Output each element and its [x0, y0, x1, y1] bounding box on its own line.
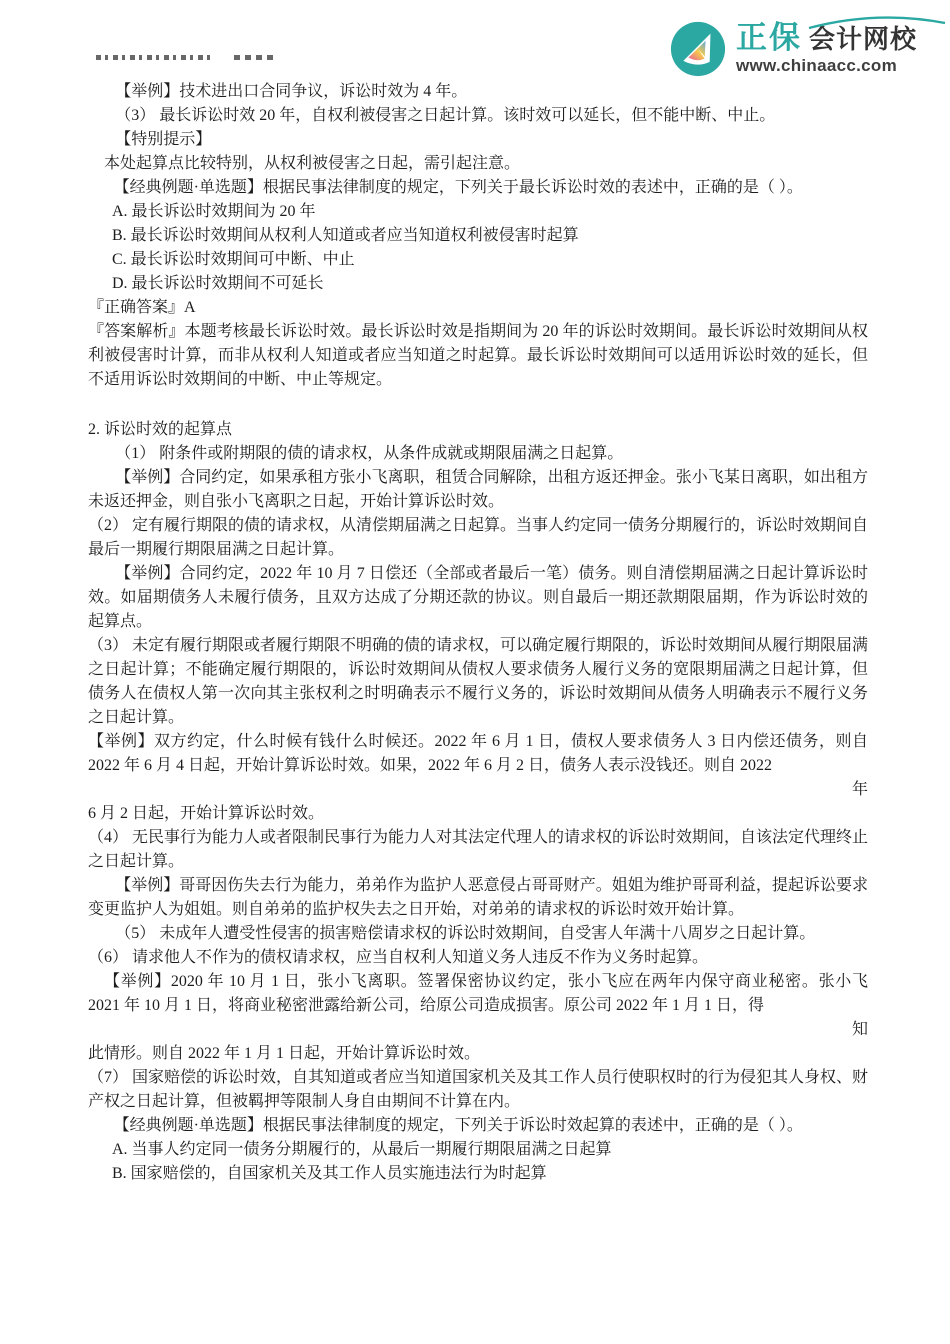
- clipped-text-fragment: [96, 55, 276, 61]
- swoosh-arc-icon: [807, 16, 947, 30]
- para-item3-example: 【举例】双方约定，什么时候有钱什么时候还。2022 年 6 月 1 日，债权人要…: [88, 730, 868, 778]
- brand-website: www.chinaacc.com: [736, 56, 917, 76]
- clipped-glyph-bottoms: [96, 55, 214, 60]
- clipped-glyph-bottoms: [234, 55, 276, 60]
- para-item2-example: 【举例】合同约定，2022 年 10 月 7 日偿还（全部或者最后一笔）债务。则…: [88, 562, 868, 634]
- document-page: 正保 会计网校 www.chinaacc.com 【举例】技术进出口合同争议，诉…: [0, 0, 950, 1344]
- chinaacc-logo: 正保 会计网校 www.chinaacc.com: [670, 21, 917, 77]
- para-item4-legal-representative: （4） 无民事行为能力人或者限制民事行为能力人对其法定代理人的请求权的诉讼时效期…: [88, 826, 868, 874]
- question2-option-a: A. 当事人约定同一债务分期履行的，从最后一期履行期限届满之日起算: [112, 1138, 868, 1162]
- para-item6-example-overflow-char: 知: [88, 1018, 868, 1042]
- para-item4-example: 【举例】哥哥因伤失去行为能力，弟弟作为监护人恶意侵占哥哥财产。姐姐为维护哥哥利益…: [88, 874, 868, 922]
- para-special-note-body: 本处起算点比较特别，从权利被侵害之日起，需引起注意。: [88, 152, 868, 176]
- question1-option-a: A. 最长诉讼时效期间为 20 年: [112, 200, 868, 224]
- question1-option-d: D. 最长诉讼时效期间不可延长: [112, 272, 868, 296]
- question1-option-c: C. 最长诉讼时效期间可中断、中止: [112, 248, 868, 272]
- question2-option-b: B. 国家赔偿的，自国家机关及其工作人员实施违法行为时起算: [112, 1162, 868, 1186]
- question2-stem: 【经典例题·单选题】根据民事法律制度的规定，下列关于诉讼时效起算的表述中，正确的…: [88, 1114, 868, 1138]
- para-item3-example-cont: 6 月 2 日起，开始计算诉讼时效。: [88, 802, 868, 826]
- para-example-tech-contract: 【举例】技术进出口合同争议，诉讼时效为 4 年。: [88, 80, 868, 104]
- para-item1-conditional-debt: （1） 附条件或附期限的债的请求权，从条件成就或期限届满之日起算。: [88, 442, 868, 466]
- para-item6-example-cont: 此情形。则自 2022 年 1 月 1 日起，开始计算诉讼时效。: [88, 1042, 868, 1066]
- para-item1-example: 【举例】合同约定，如果承租方张小飞离职，租赁合同解除，出租方返还押金。张小飞某日…: [88, 466, 868, 514]
- logo-text-block: 正保 会计网校 www.chinaacc.com: [736, 22, 917, 76]
- section-heading-start-points: 2. 诉讼时效的起算点: [88, 418, 868, 442]
- document-body: 【举例】技术进出口合同争议，诉讼时效为 4 年。 （3） 最长诉讼时效 20 年…: [88, 80, 868, 1186]
- brand-name-primary: 正保: [736, 22, 802, 53]
- question1-stem: 【经典例题·单选题】根据民事法律制度的规定，下列关于最长诉讼时效的表述中，正确的…: [88, 176, 868, 200]
- para-special-note-label: 【特别提示】: [88, 128, 868, 152]
- para-item5-minor-victim: （5） 未成年人遭受性侵害的损害赔偿请求权的诉讼时效期间，自受害人年满十八周岁之…: [88, 922, 868, 946]
- para-item6-omission-claim: （6） 请求他人不作为的债权请求权，应当自权利人知道义务人违反不作为义务时起算。: [88, 946, 868, 970]
- para-item7-state-compensation: （7） 国家赔偿的诉讼时效，自其知道或者应当知道国家机关及其工作人员行使职权时的…: [88, 1066, 868, 1114]
- para-item2-fixed-term-debt: （2） 定有履行期限的债的请求权，从清偿期届满之日起算。当事人约定同一债务分期履…: [88, 514, 868, 562]
- question1-correct-answer: 『正确答案』A: [88, 296, 868, 320]
- para-item3-example-overflow-char: 年: [88, 778, 868, 802]
- para-max-limitation-20y: （3） 最长诉讼时效 20 年，自权利被侵害之日起计算。该时效可以延长，但不能中…: [88, 104, 868, 128]
- para-item3-unfixed-term-debt: （3） 未定有履行期限或者履行期限不明确的债的请求权，可以确定履行期限的，诉讼时…: [88, 634, 868, 730]
- paper-plane-icon: [670, 21, 726, 77]
- para-item6-example: 【举例】2020 年 10 月 1 日，张小飞离职。签署保密协议约定，张小飞应在…: [88, 970, 868, 1018]
- question1-analysis: 『答案解析』本题考核最长诉讼时效。最长诉讼时效是指期间为 20 年的诉讼时效期间…: [88, 320, 868, 392]
- question1-option-b: B. 最长诉讼时效期间从权利人知道或者应当知道权利被侵害时起算: [112, 224, 868, 248]
